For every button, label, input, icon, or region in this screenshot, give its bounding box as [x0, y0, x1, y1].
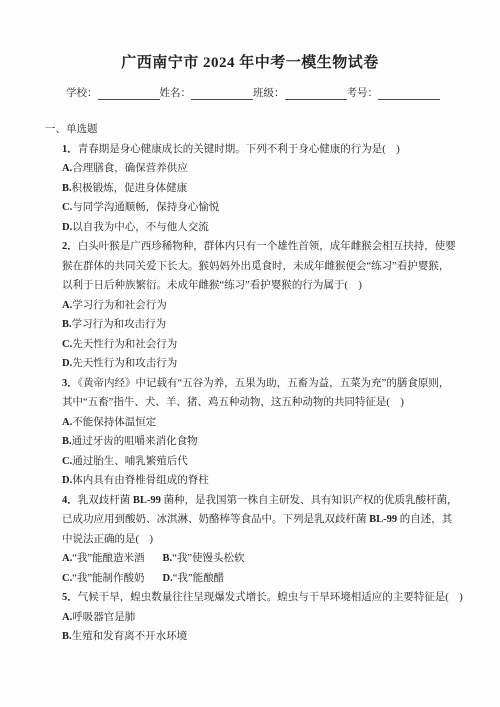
field-label: 班级： — [253, 85, 285, 100]
option-text: “我”能酿造米酒 — [72, 553, 144, 564]
option-letter: C. — [62, 202, 72, 213]
option-item: B.生殖和发育离不开水环境 — [62, 631, 187, 642]
option-letter: C. — [62, 339, 72, 350]
option-letter: D. — [62, 358, 72, 369]
option-item: B.通过牙齿的咀嚼来消化食物 — [62, 436, 198, 447]
option-text: 以自我为中心，不与他人交流 — [72, 222, 209, 233]
option-row: C.“我”能制作酸奶D.“我”能酿醋 — [62, 569, 448, 589]
option-letter: D. — [163, 573, 173, 584]
option-row: A.合理膳食，确保营养供应 — [62, 159, 448, 179]
option-text: 学习行为和攻击行为 — [72, 319, 167, 330]
question-block: 3．《黄帝内经》中记载有“五谷为养，五果为助，五畜为益，五菜为充”的膳食原则，其… — [62, 374, 448, 491]
option-text: “我”能酿醋 — [173, 573, 224, 584]
question-text-line: 5．气候干旱，蝗虫数量往往呈现爆发式增长。蝗虫与干旱环境相适应的主要特征是( ) — [62, 588, 448, 608]
exam-paper-page: 广西南宁市 2024 年中考一模生物试卷 学校：姓名：班级：考号： 一、单选题 … — [0, 0, 500, 707]
question-text: 《黄帝内经》中记载有“五谷为养，五果为助，五畜为益，五菜为充”的膳食原则， — [78, 378, 450, 389]
question-number: 2． — [62, 241, 78, 252]
option-letter: B. — [62, 183, 72, 194]
option-item: A.学习行为和社会行为 — [62, 300, 167, 311]
field-blank-line — [191, 87, 253, 100]
option-item: D.先天性行为和攻击行为 — [62, 358, 177, 369]
option-item: C.先天性行为和社会行为 — [62, 339, 177, 350]
question-block: 4．乳双歧杆菌 BL-99 菌种，是我国第一株自主研发、具有知识产权的优质乳酸杆… — [62, 491, 448, 589]
field-blank-line — [285, 87, 347, 100]
option-text: 积极锻炼，促进身体健康 — [72, 183, 188, 194]
option-text: “我”使馒头松软 — [172, 553, 244, 564]
field-blank-line — [378, 87, 440, 100]
option-row: A.“我”能酿造米酒B.“我”使馒头松软 — [62, 549, 448, 569]
option-row: B.生殖和发育离不开水环境 — [62, 627, 448, 647]
option-text: 与同学沟通顺畅，保持身心愉悦 — [72, 202, 219, 213]
question-number: 3． — [62, 378, 78, 389]
option-item: C.通过胎生、哺乳繁殖后代 — [62, 456, 188, 467]
student-info-field: 考号： — [347, 85, 441, 100]
question-text-line: 1．青春期是身心健康成长的关键时期。下列不利于身心健康的行为是( ) — [62, 140, 448, 160]
option-letter: A. — [62, 417, 72, 428]
question-block: 2．白头叶猴是广西珍稀物种，群体内只有一个雄性首领，成年雌猴会相互扶持，使婴猴在… — [62, 237, 448, 374]
option-text: 通过胎生、哺乳繁殖后代 — [72, 456, 188, 467]
question-number: 4． — [62, 495, 78, 506]
question-number: 1． — [62, 144, 78, 155]
option-row: C.与同学沟通顺畅，保持身心愉悦 — [62, 198, 448, 218]
option-text: 生殖和发育离不开水环境 — [72, 631, 188, 642]
option-text: 先天性行为和攻击行为 — [72, 358, 177, 369]
option-item: B.学习行为和攻击行为 — [62, 319, 166, 330]
option-item: A.“我”能酿造米酒 — [62, 553, 145, 564]
option-row: A.学习行为和社会行为 — [62, 296, 448, 316]
option-row: A.不能保持体温恒定 — [62, 413, 448, 433]
option-row: B.学习行为和攻击行为 — [62, 315, 448, 335]
field-label: 学校： — [66, 85, 98, 100]
question-text: 中说法正确的是( ) — [62, 534, 153, 545]
student-info-field: 学校： — [66, 85, 160, 100]
option-item: D.体内具有由脊椎骨组成的脊柱 — [62, 475, 209, 486]
question-text-line: 4．乳双歧杆菌 BL-99 菌种，是我国第一株自主研发、具有知识产权的优质乳酸杆… — [62, 491, 448, 511]
option-text: 不能保持体温恒定 — [72, 417, 156, 428]
question-text: 气候干旱，蝗虫数量往往呈现爆发式增长。蝗虫与干旱环境相适应的主要特征是( ) — [78, 592, 463, 603]
option-text: 合理膳食，确保营养供应 — [72, 163, 188, 174]
option-text: 通过牙齿的咀嚼来消化食物 — [72, 436, 198, 447]
option-text: 体内具有由脊椎骨组成的脊柱 — [72, 475, 209, 486]
option-text: 呼吸器官是肺 — [72, 612, 135, 623]
question-text: 乳双歧杆菌 BL-99 菌种，是我国第一株自主研发、具有知识产权的优质乳酸杆菌， — [78, 495, 458, 506]
question-text: 猴在群体的共同关爱下长大。猴妈妈外出觅食时，未成年雌猴便会“练习”看护婴猴， — [62, 261, 449, 272]
option-letter: A. — [62, 553, 72, 564]
option-letter: B. — [62, 436, 72, 447]
option-letter: B. — [163, 553, 173, 564]
question-text: 白头叶猴是广西珍稀物种，群体内只有一个雄性首领，成年雌猴会相互扶持，使婴 — [78, 241, 456, 252]
student-info-row: 学校：姓名：班级：考号： — [66, 85, 440, 100]
question-text-line: 猴在群体的共同关爱下长大。猴妈妈外出觅食时，未成年雌猴便会“练习”看护婴猴， — [62, 257, 448, 277]
option-text: “我”能制作酸奶 — [72, 573, 144, 584]
field-label: 考号： — [347, 85, 379, 100]
student-info-field: 姓名： — [160, 85, 254, 100]
option-row: D.体内具有由脊椎骨组成的脊柱 — [62, 471, 448, 491]
question-text-line: 以利于日后种族繁衍。未成年雌猴“练习”看护婴猴的行为属于( ) — [62, 276, 448, 296]
page-title: 广西南宁市 2024 年中考一模生物试卷 — [0, 55, 500, 72]
option-row: D.以自我为中心，不与他人交流 — [62, 218, 448, 238]
option-item: A.呼吸器官是肺 — [62, 612, 135, 623]
option-row: C.通过胎生、哺乳繁殖后代 — [62, 452, 448, 472]
option-letter: A. — [62, 612, 72, 623]
option-item: A.合理膳食，确保营养供应 — [62, 163, 188, 174]
option-letter: A. — [62, 163, 72, 174]
option-row: A.呼吸器官是肺 — [62, 608, 448, 628]
option-text: 先天性行为和社会行为 — [72, 339, 177, 350]
student-info-field: 班级： — [253, 85, 347, 100]
question-number: 5． — [62, 592, 78, 603]
option-letter: C. — [62, 573, 72, 584]
option-row: C.先天性行为和社会行为 — [62, 335, 448, 355]
field-label: 姓名： — [160, 85, 192, 100]
option-item: B.“我”使馒头松软 — [163, 553, 245, 564]
option-item: B.积极锻炼，促进身体健康 — [62, 183, 187, 194]
question-text-line: 中说法正确的是( ) — [62, 530, 448, 550]
option-letter: D. — [62, 222, 72, 233]
option-letter: B. — [62, 631, 72, 642]
option-letter: B. — [62, 319, 72, 330]
question-text: 其中“五畜”指牛、犬、羊、猪、鸡五种动物，这五种动物的共同特征是( ) — [62, 397, 404, 408]
question-block: 1．青春期是身心健康成长的关键时期。下列不利于身心健康的行为是( )A.合理膳食… — [62, 140, 448, 238]
option-letter: A. — [62, 300, 72, 311]
option-letter: C. — [62, 456, 72, 467]
option-letter: D. — [62, 475, 72, 486]
question-text: 已成功应用到酸奶、冰淇淋、奶酪棒等食品中。下列是乳双歧杆菌 BL-99 的自述，… — [62, 514, 452, 525]
option-item: D.“我”能酿醋 — [163, 573, 225, 584]
field-blank-line — [98, 87, 160, 100]
option-item: A.不能保持体温恒定 — [62, 417, 156, 428]
question-text-line: 2．白头叶猴是广西珍稀物种，群体内只有一个雄性首领，成年雌猴会相互扶持，使婴 — [62, 237, 448, 257]
question-text: 以利于日后种族繁衍。未成年雌猴“练习”看护婴猴的行为属于( ) — [62, 280, 362, 291]
question-text: 青春期是身心健康成长的关键时期。下列不利于身心健康的行为是( ) — [78, 144, 400, 155]
option-text: 学习行为和社会行为 — [72, 300, 167, 311]
question-text-line: 已成功应用到酸奶、冰淇淋、奶酪棒等食品中。下列是乳双歧杆菌 BL-99 的自述，… — [62, 510, 448, 530]
option-row: B.通过牙齿的咀嚼来消化食物 — [62, 432, 448, 452]
option-row: D.先天性行为和攻击行为 — [62, 354, 448, 374]
option-item: D.以自我为中心，不与他人交流 — [62, 222, 209, 233]
option-row: B.积极锻炼，促进身体健康 — [62, 179, 448, 199]
question-list: 1．青春期是身心健康成长的关键时期。下列不利于身心健康的行为是( )A.合理膳食… — [62, 140, 448, 647]
question-block: 5．气候干旱，蝗虫数量往往呈现爆发式增长。蝗虫与干旱环境相适应的主要特征是( )… — [62, 588, 448, 647]
option-item: C.“我”能制作酸奶 — [62, 573, 145, 584]
question-text-line: 其中“五畜”指牛、犬、羊、猪、鸡五种动物，这五种动物的共同特征是( ) — [62, 393, 448, 413]
question-text-line: 3．《黄帝内经》中记载有“五谷为养，五果为助，五畜为益，五菜为充”的膳食原则， — [62, 374, 448, 394]
section-heading: 一、单选题 — [45, 120, 500, 140]
option-item: C.与同学沟通顺畅，保持身心愉悦 — [62, 202, 219, 213]
